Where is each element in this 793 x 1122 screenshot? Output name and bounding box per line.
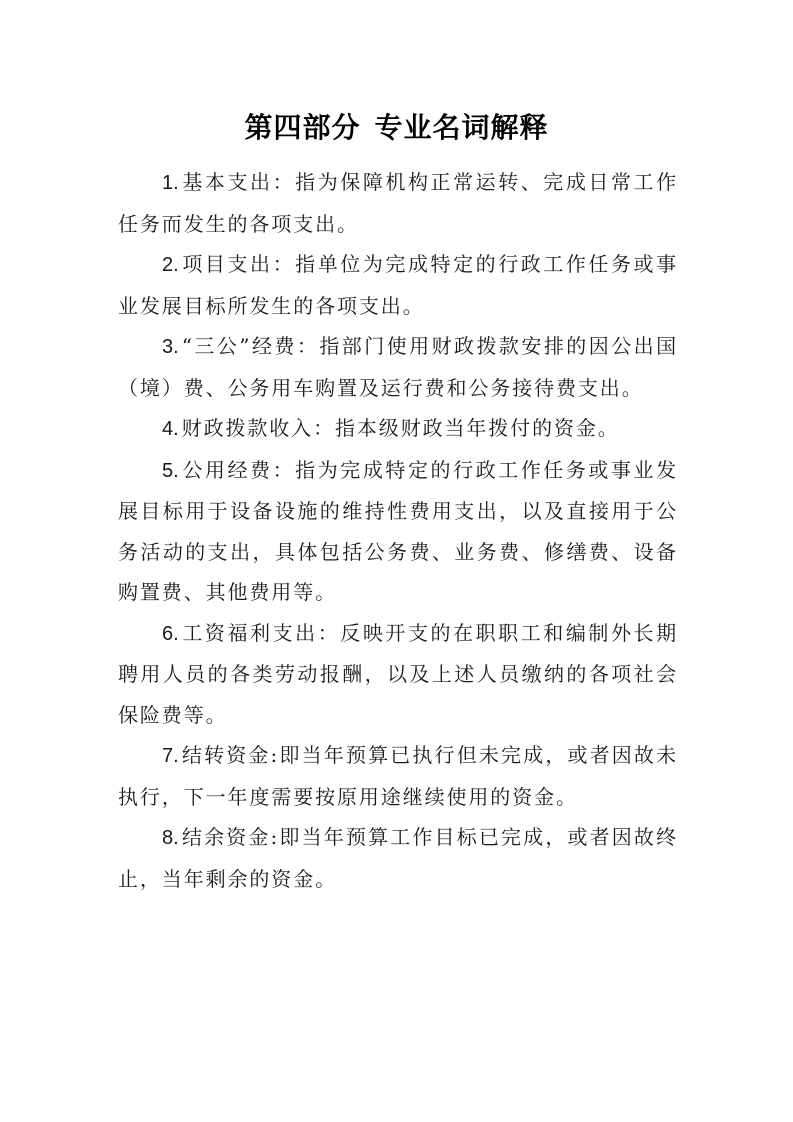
definition-item-1: 1.基本支出：指为保障机构正常运转、完成日常工作任务而发生的各项支出。 (118, 162, 678, 244)
item-term: 财政拨款收入： (182, 416, 335, 440)
definition-item-3: 3.“三公”经费：指部门使用财政拨款安排的因公出国（境）费、公务用车购置及运行费… (118, 326, 678, 408)
item-term: “三公”经费： (182, 334, 320, 358)
item-term: 项目支出： (182, 252, 295, 276)
item-number: 6. (162, 623, 179, 645)
page-title: 第四部分专业名词解释 (0, 108, 793, 148)
item-definition: 指本级财政当年拨付的资金。 (335, 416, 620, 440)
item-term: 公用经费： (182, 458, 295, 482)
definition-item-5: 5.公用经费：指为完成特定的行政工作任务或事业发展目标用于设备设施的维持性费用支… (118, 450, 678, 613)
item-number: 1. (162, 172, 179, 194)
definition-item-8: 8.结余资金:即当年预算工作目标已完成，或者因故终止，当年剩余的资金。 (118, 817, 678, 899)
title-text: 专业名词解释 (375, 111, 549, 144)
item-term: 工资福利支出： (182, 621, 341, 645)
item-number: 5. (162, 460, 179, 482)
item-term: 基本支出： (182, 170, 295, 194)
item-term: 结转资金: (182, 743, 280, 767)
definition-item-2: 2.项目支出：指单位为完成特定的行政工作任务或事业发展目标所发生的各项支出。 (118, 244, 678, 326)
definition-item-7: 7.结转资金:即当年预算已执行但未完成，或者因故未执行，下一年度需要按原用途继续… (118, 735, 678, 817)
item-number: 8. (162, 827, 179, 849)
item-term: 结余资金: (182, 825, 280, 849)
item-number: 2. (162, 254, 179, 276)
definition-item-4: 4.财政拨款收入：指本级财政当年拨付的资金。 (118, 408, 678, 450)
document-page: 第四部分专业名词解释 1.基本支出：指为保障机构正常运转、完成日常工作任务而发生… (0, 0, 793, 1122)
item-number: 3. (162, 336, 179, 358)
definitions-list: 1.基本支出：指为保障机构正常运转、完成日常工作任务而发生的各项支出。 2.项目… (118, 162, 678, 899)
item-number: 7. (162, 745, 179, 767)
definition-item-6: 6.工资福利支出：反映开支的在职职工和编制外长期聘用人员的各类劳动报酬，以及上述… (118, 613, 678, 736)
item-number: 4. (162, 418, 179, 440)
title-part: 第四部分 (244, 111, 360, 144)
